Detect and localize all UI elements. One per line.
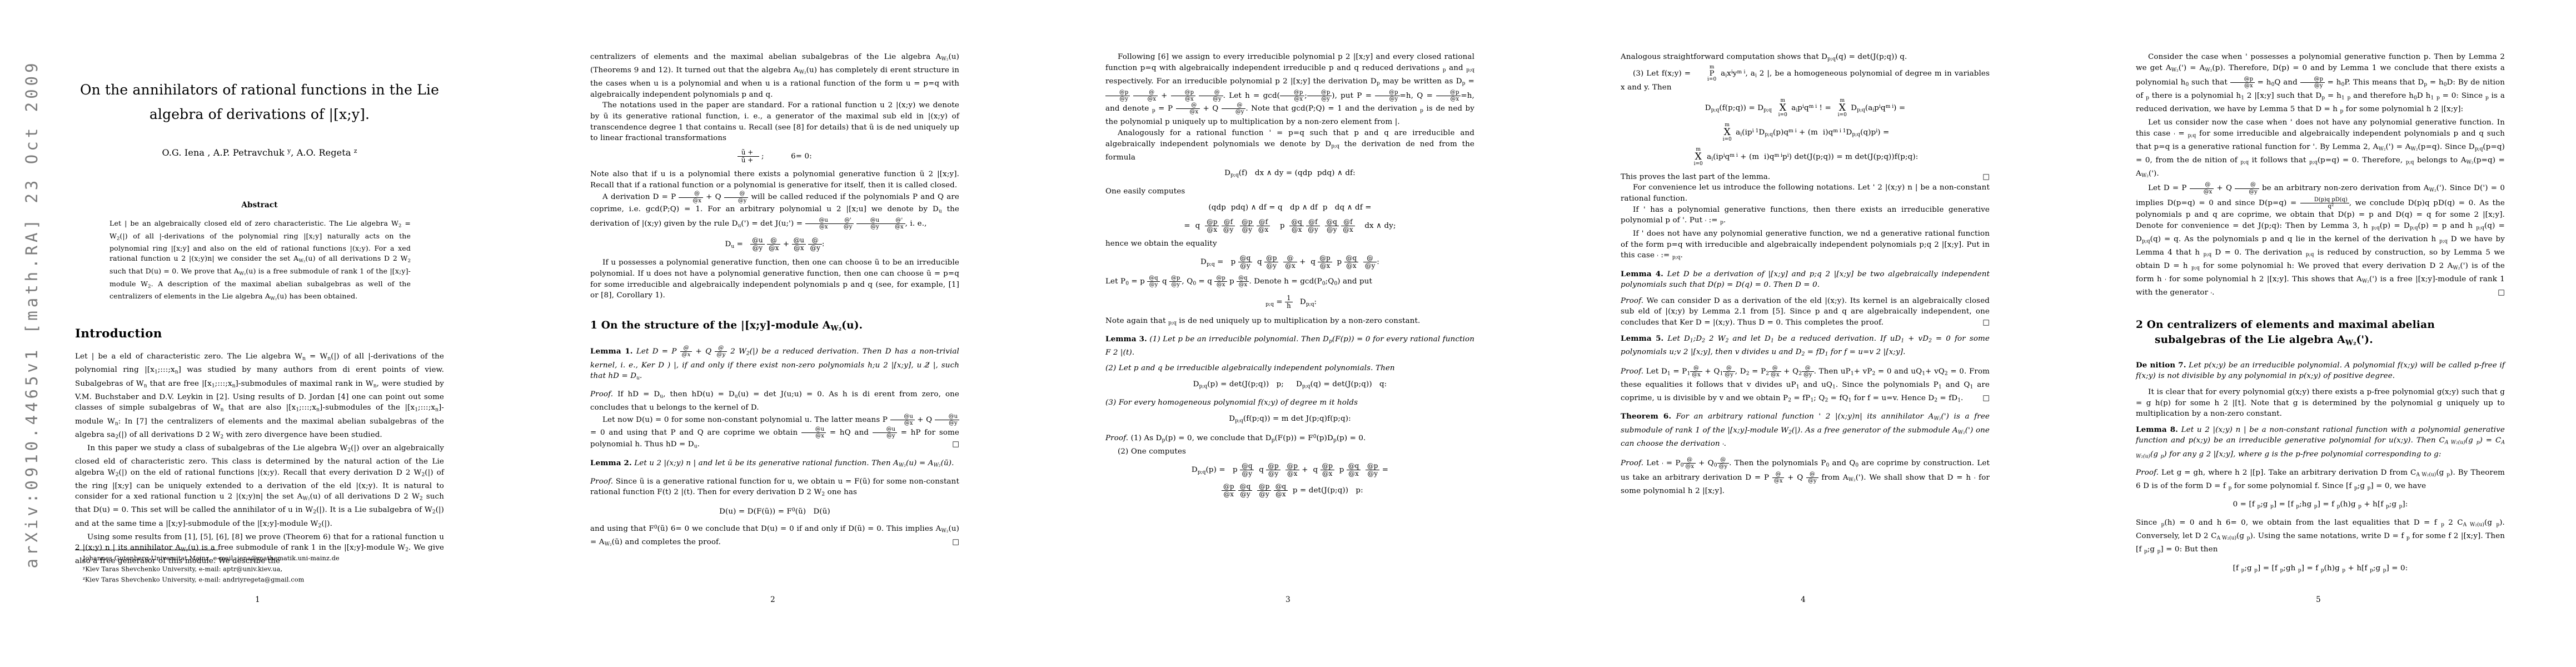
fraction: @p@y xyxy=(1375,89,1399,102)
fraction: @q@y xyxy=(1238,483,1252,498)
fraction: @@x xyxy=(680,345,692,358)
proof-paragraph: Proof. (1) As Dp(p) = 0, we conclude tha… xyxy=(1105,432,1474,446)
proof-paragraph: Proof. If hD = Du, then hD(u) = Du(u) = … xyxy=(590,389,959,414)
equation: D(u) = D(F(ũ)) = F0(ũ) D(ũ) xyxy=(590,505,959,517)
fraction: @@y xyxy=(1717,457,1730,470)
equation: ũ + ũ + ; 6= 0: xyxy=(590,149,959,164)
qed-box: □ xyxy=(1982,317,1990,328)
footnote-rule xyxy=(75,550,218,550)
paragraph: In this paper we study a class of subalg… xyxy=(75,443,444,532)
lemma-statement: (2) Let p and q be irreducible algebraic… xyxy=(1105,363,1474,374)
fraction: @@x xyxy=(1176,102,1200,115)
fraction: @@x xyxy=(1772,471,1785,484)
proof-paragraph: Proof. Let D1 = P1@@x + Q1@@y, D2 = P2@@… xyxy=(1621,365,1990,407)
sum-symbol: mXi=0 xyxy=(1778,98,1787,118)
abstract-text: Let | be an algebraically closed eld of … xyxy=(109,218,411,304)
lemma-statement: Lemma 5. Let D1;D2 2 W2 and let D1 be a … xyxy=(1621,333,1990,360)
fraction: @@y xyxy=(1363,255,1377,270)
paragraph: This proves the last part of the lemma.□ xyxy=(1621,172,1990,183)
fraction: @u@x xyxy=(801,426,826,439)
fraction: @p@x xyxy=(1214,275,1227,288)
lemma-statement: (3) For every homogeneous polynomial f(x… xyxy=(1105,397,1474,409)
fraction: @@y xyxy=(1222,102,1246,115)
fraction: @@y xyxy=(1723,365,1735,378)
section-heading: Introduction xyxy=(75,328,444,340)
fraction: @@x xyxy=(767,237,780,252)
paragraph: The notations used in the paper are stan… xyxy=(590,100,959,143)
lemma-statement: Lemma 4. Let D be a derivation of |[x;y]… xyxy=(1621,269,1990,291)
fraction: @q@x xyxy=(1344,255,1358,270)
fraction: @q@x xyxy=(1289,218,1303,233)
equation: Dp;q(f(p;q)) = m det J(p;q)f(p;q): xyxy=(1105,414,1474,427)
fraction: ũ + ũ + xyxy=(738,149,759,164)
paragraph: (2) One computes xyxy=(1105,446,1474,457)
fraction: @@x xyxy=(1690,365,1702,378)
sum-symbol: mXi=0 xyxy=(1838,98,1847,118)
fraction: @@y xyxy=(724,191,749,203)
paragraph: and using that F0(ũ) 6= 0 we conclude th… xyxy=(590,522,959,550)
fraction: @q@x xyxy=(1237,275,1249,288)
paragraph: Let P0 = p @q@y q @p@y, Q0 = q @p@x p @q… xyxy=(1105,275,1474,290)
fraction: @f@y xyxy=(1222,218,1235,233)
sum-symbol: mPi=0 xyxy=(1695,65,1716,82)
fraction: @@x xyxy=(679,191,703,203)
fraction: @p@x xyxy=(2230,76,2255,89)
authors-line: O.G. Iena , A.P. Petravchuk y, A.O. Rege… xyxy=(75,146,444,158)
fraction: @p@y xyxy=(1105,89,1130,102)
paragraph: Note again that p;q is de ned uniquely u… xyxy=(1105,316,1474,329)
page-5: Consider the case when ' possesses a pol… xyxy=(2061,0,2576,667)
equation: mXi=0 ai(ipi 1Dp;q(p)qm i + (m i)qm i 1D… xyxy=(1621,123,1990,142)
qed-box: □ xyxy=(952,537,959,548)
fraction: @u@y xyxy=(873,426,897,439)
paragraph: A derivation D = P @@x + Q @@y will be c… xyxy=(590,191,959,232)
page-2: centralizers of elements and the maximal… xyxy=(515,0,1030,667)
paragraph: One easily computes xyxy=(1105,186,1474,197)
equation: Dp;q(p) = det(J(p;q)) p; Dp;q(q) = det(J… xyxy=(1105,379,1474,392)
page-body: Consider the case when ' possesses a pol… xyxy=(2136,52,2505,576)
fraction: @u@x xyxy=(792,237,806,252)
equation: Dp;q(f) dx ∧ dy = (qdp pdq) ∧ df: xyxy=(1105,168,1474,181)
lemma-statement: Lemma 3. (1) Let p be an irreducible pol… xyxy=(1105,334,1474,359)
equation: Dp;q(f(p;q)) = Dp;q mXi=0 aipiqm i ! = m… xyxy=(1621,98,1990,118)
fraction: @@x xyxy=(1283,255,1297,270)
fraction: @@y xyxy=(2235,182,2259,195)
fraction: @f@x xyxy=(1341,218,1354,233)
paragraph: Analogous straightforward computation sh… xyxy=(1621,52,1990,65)
fraction: @q@y xyxy=(1238,255,1252,270)
qed-box: □ xyxy=(2485,287,2505,298)
fraction: @@x xyxy=(1683,457,1696,470)
fraction: @p@x xyxy=(1171,89,1195,102)
page-1: On the annihilators of rational function… xyxy=(0,0,515,667)
qed-box: □ xyxy=(1982,172,1990,183)
lemma-statement: De nition 7. Let p(x;y) be an irreducibl… xyxy=(2136,360,2505,382)
fraction: @p@y xyxy=(1169,275,1182,288)
page-number: 3 xyxy=(1030,595,1546,606)
paper-canvas: arXiv:0910.4465v1 [math.RA] 23 Oct 2009 … xyxy=(0,0,2576,667)
fraction: @f@y xyxy=(1306,218,1319,233)
fraction: @@x xyxy=(1133,89,1158,102)
paragraph: Consider the case when ' possesses a pol… xyxy=(2136,52,2505,117)
section-heading: 1 On the structure of the |[x;y]-module … xyxy=(590,318,959,336)
lemma-statement: Lemma 2. Let u 2 |(x;y) n | and let ũ be… xyxy=(590,458,959,471)
fraction: @'@x xyxy=(881,217,905,230)
fraction: @p@x xyxy=(1222,483,1235,498)
paragraph: Let D = P @@x + Q @@y be an arbitrary no… xyxy=(2136,182,2505,301)
fraction: @p@x xyxy=(1280,89,1304,102)
footnotes: Johannes Gutenberg-Universitat Mainz, e-… xyxy=(75,550,444,585)
paragraph: It is clear that for every polynomial g(… xyxy=(2136,387,2505,420)
paragraph: Following [6] we assign to every irreduc… xyxy=(1105,52,1474,128)
equation: Du = @u@y @@x + @u@x @@y: xyxy=(590,237,959,252)
equation: Dp;q = p @q@y q @p@y @@x + q @p@x p @q@x… xyxy=(1105,255,1474,270)
page-body: Following [6] we assign to every irreduc… xyxy=(1105,52,1474,498)
fraction: @p@x xyxy=(1205,218,1219,233)
fraction: @p@y xyxy=(1266,462,1280,477)
fraction: @'@y xyxy=(830,217,854,230)
paragraph: hence we obtain the equality xyxy=(1105,238,1474,250)
fraction: 1h xyxy=(1285,295,1293,310)
fraction: @u@x xyxy=(890,414,915,426)
page-4: Analogous straightforward computation sh… xyxy=(1546,0,2061,667)
paragraph: Let us consider now the case when ' does… xyxy=(2136,117,2505,182)
fraction: @q@y xyxy=(1147,275,1159,288)
fraction: @q@x xyxy=(1274,483,1288,498)
page-body: centralizers of elements and the maximal… xyxy=(590,52,959,551)
page-number: 5 xyxy=(2061,595,2576,606)
proof-paragraph: Proof. We can consider D as a derivation… xyxy=(1621,296,1990,328)
fraction: @p@y xyxy=(1366,462,1379,477)
equation: [f p;g p] = [f p;gh p] = f p(h)g p + h[f… xyxy=(2136,563,2505,576)
paragraph: If u possesses a polynomial generative f… xyxy=(590,257,959,301)
equation: mXi=0 ai(ipiqm i + (m i)qm ipi) det(J(p;… xyxy=(1621,147,1990,167)
fraction: @u@y xyxy=(750,237,764,252)
fraction: @u@y xyxy=(935,414,959,426)
fraction: @@x xyxy=(1769,365,1781,378)
qed-box: □ xyxy=(940,439,959,450)
page-3: Following [6] we assign to every irreduc… xyxy=(1030,0,1546,667)
paragraph: (3) Let f(x;y) = mPi=0 aixiym i, ai 2 |,… xyxy=(1621,65,1990,93)
paragraph: Let | be a eld of characteristic zero. T… xyxy=(75,351,444,442)
fraction: @p@y xyxy=(1307,89,1332,102)
fraction: @q@x xyxy=(1347,462,1361,477)
sum-symbol: mXi=0 xyxy=(1723,123,1732,142)
fraction: @@y xyxy=(808,237,821,252)
footnote: Johannes Gutenberg-Universitat Mainz, e-… xyxy=(75,554,444,564)
fraction: @p@x xyxy=(1318,255,1332,270)
fraction: @p@y xyxy=(1264,255,1278,270)
fraction: @u@x xyxy=(805,217,830,230)
paragraph: If ' does not have any polynomial genera… xyxy=(1621,228,1990,263)
fraction: @@y xyxy=(1806,471,1818,484)
page-number: 2 xyxy=(515,595,1030,606)
fraction: @p@x xyxy=(1321,462,1334,477)
fraction: @u@y xyxy=(856,217,881,230)
paragraph: For convenience let us introduce the fol… xyxy=(1621,182,1990,204)
fraction: @q@y xyxy=(1240,462,1254,477)
lemma-statement: Lemma 8. Let u 2 |(x;y) n | be a non-con… xyxy=(2136,425,2505,462)
lemma-statement: Theorem 6. For an arbitrary rational fun… xyxy=(1621,411,1990,451)
page-number: 1 xyxy=(0,595,515,606)
footnote: yKiev Taras Shevchenko University, e-mai… xyxy=(75,564,444,574)
equation: @p@x @q@y @p@y @q@x p = det(J(p;q)) p: xyxy=(1105,483,1474,498)
fraction: D(p)q pD(q)q2 xyxy=(2300,197,2349,210)
page-number: 4 xyxy=(1546,595,2061,606)
qed-box: □ xyxy=(1982,393,1990,404)
equation: (qdp pdq) ∧ df = q dp ∧ df p dq ∧ df = xyxy=(1105,202,1474,213)
paragraph: Note also that if u is a polynomial ther… xyxy=(590,169,959,191)
section-heading: 2 On centralizers of elements and maxima… xyxy=(2136,317,2505,350)
fraction: @p@x xyxy=(1285,462,1299,477)
page-body: On the annihilators of rational function… xyxy=(75,78,444,567)
fraction: @p@y xyxy=(1257,483,1271,498)
fraction: @p@x xyxy=(1436,89,1461,102)
fraction: @@y xyxy=(715,345,727,358)
fraction: @@x xyxy=(2190,182,2214,195)
equation: p;q = 1h Dp;q: xyxy=(1105,295,1474,310)
fraction: @f@x xyxy=(1257,218,1270,233)
fraction: @p@y xyxy=(2300,76,2325,89)
paragraph: centralizers of elements and the maximal… xyxy=(590,52,959,100)
footnote: zKiev Taras Shevchenko University, e-mai… xyxy=(75,574,444,585)
paper-title: On the annihilators of rational function… xyxy=(79,78,440,127)
fraction: @p@y xyxy=(1240,218,1254,233)
equation: = q @p@x @f@y @p@y @f@x p @q@x @f@y @q@y… xyxy=(1105,218,1474,233)
abstract-heading: Abstract xyxy=(75,200,444,211)
lemma-statement: Lemma 1. Let D = P @@x + Q @@y 2 W2(|) b… xyxy=(590,345,959,384)
equation: 0 = [f p;g p] = [f p;hg p] = f p(h)g p +… xyxy=(2136,499,2505,512)
sum-symbol: mXi=0 xyxy=(1694,147,1703,167)
paragraph: Analogously for a rational function ' = … xyxy=(1105,128,1474,163)
proof-paragraph: Proof. Since ũ is a generative rational … xyxy=(590,476,959,501)
page-body: Analogous straightforward computation sh… xyxy=(1621,52,1990,497)
paragraph: Since p(h) = 0 and h 6= 0, we obtain fro… xyxy=(2136,517,2505,558)
equation: Dp;q(p) = p @q@y q @p@y @p@x + q @p@x p … xyxy=(1105,462,1474,478)
paragraph: If ' has a polynomial generative functio… xyxy=(1621,205,1990,229)
fraction: @q@y xyxy=(1325,218,1339,233)
proof-paragraph: Proof. Let ' = P0@@x + Q0@@y. Then the p… xyxy=(1621,457,1990,497)
paragraph: Let now D(u) = 0 for some non-constant p… xyxy=(590,414,959,453)
fraction: @@y xyxy=(1199,89,1223,102)
fraction: @@y xyxy=(1802,365,1814,378)
proof-paragraph: Proof. Let g = gh, where h 2 |[p]. Take … xyxy=(2136,467,2505,494)
